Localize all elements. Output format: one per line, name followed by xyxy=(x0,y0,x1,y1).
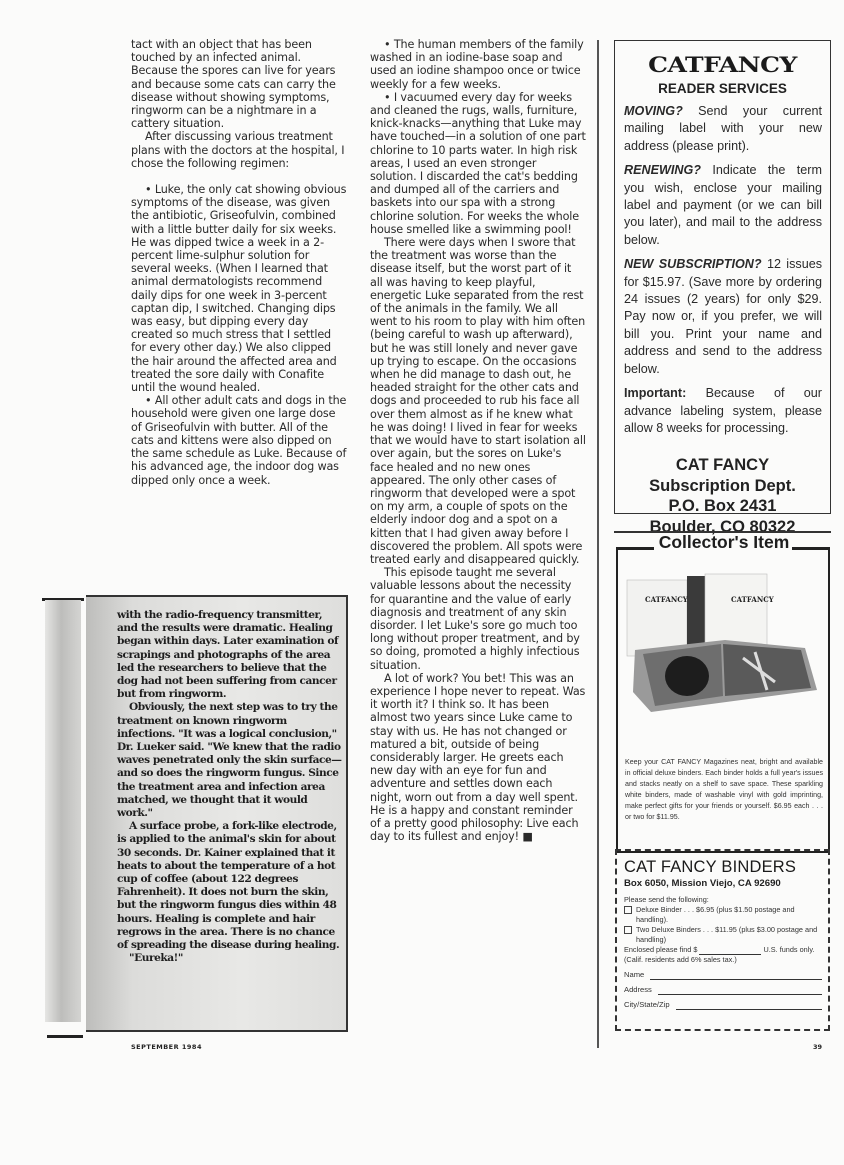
option-two-deluxe-binders[interactable]: Two Deluxe Binders . . . $11.95 (plus $3… xyxy=(624,925,822,945)
article-paragraph: • All other adult cats and dogs in the h… xyxy=(131,394,347,486)
sidebar-paragraph: with the radio-frequency transmitter, an… xyxy=(117,609,343,701)
binder-description: Keep your CAT FANCY Magazines neat, brig… xyxy=(625,757,823,823)
option-deluxe-binder[interactable]: Deluxe Binder . . . $6.95 (plus $1.50 po… xyxy=(624,905,822,925)
sidebar-gray-strip xyxy=(45,600,81,1022)
sidebar-paragraph: "Eureka!" xyxy=(117,952,343,965)
moving-section: MOVING? Send your current mailing label … xyxy=(624,103,822,155)
binder-order-coupon: CAT FANCY BINDERS Box 6050, Mission Viej… xyxy=(615,849,830,1031)
new-subscription-section: NEW SUBSCRIPTION? 12 issues for $15.97. … xyxy=(624,256,822,378)
column-divider xyxy=(597,40,599,1048)
coupon-address: Box 6050, Mission Viejo, CA 92690 xyxy=(624,878,828,889)
article-paragraph: After discussing various treatment plans… xyxy=(131,130,347,170)
coupon-intro: Please send the following: xyxy=(624,895,822,905)
enclosed-amount-line: Enclosed please find $ U.S. funds only. … xyxy=(624,945,822,965)
article-paragraph: This episode taught me several valuable … xyxy=(370,566,586,672)
city-state-zip-field[interactable]: City/State/Zip xyxy=(624,1000,822,1010)
subscription-address: CAT FANCY Subscription Dept. P.O. Box 24… xyxy=(615,455,830,537)
article-paragraph: A lot of work? You bet! This was an expe… xyxy=(370,672,586,844)
reader-services-title: READER SERVICES xyxy=(615,81,830,96)
coupon-title: CAT FANCY BINDERS xyxy=(624,858,828,877)
amount-field[interactable] xyxy=(699,947,761,955)
sidebar-paragraph: A surface probe, a fork-like electrode, … xyxy=(117,820,343,952)
svg-text:CATFANCY: CATFANCY xyxy=(645,595,689,604)
checkbox[interactable] xyxy=(624,926,632,934)
article-paragraph: • Luke, the only cat showing obvious sym… xyxy=(131,183,347,394)
checkbox[interactable] xyxy=(624,906,632,914)
sidebar-text: with the radio-frequency transmitter, an… xyxy=(117,609,343,965)
renewing-section: RENEWING? Indicate the term you wish, en… xyxy=(624,162,822,249)
reader-services-box: CATFANCY READER SERVICES MOVING? Send yo… xyxy=(614,40,831,514)
cat-fancy-logo: CATFANCY xyxy=(615,53,830,77)
binder-photo: CATFANCY CATFANCY xyxy=(625,572,821,722)
issue-date: SEPTEMBER 1984 xyxy=(131,1043,202,1051)
article-paragraph: • The human members of the family washed… xyxy=(370,38,586,91)
sidebar-paragraph: Obviously, the next step was to try the … xyxy=(117,701,343,820)
important-section: Important: Because of our advance labeli… xyxy=(624,385,822,437)
article-column-1: tact with an object that has been touche… xyxy=(131,38,347,487)
article-paragraph: • I vacuumed every day for weeks and cle… xyxy=(370,91,586,236)
article-column-2: • The human members of the family washed… xyxy=(370,38,586,843)
address-field[interactable]: Address xyxy=(624,985,822,995)
article-paragraph: tact with an object that has been touche… xyxy=(131,38,347,130)
article-paragraph: There were days when I swore that the tr… xyxy=(370,236,586,566)
name-field[interactable]: Name xyxy=(624,970,822,980)
svg-text:CATFANCY: CATFANCY xyxy=(731,595,775,604)
page-number: 39 xyxy=(813,1043,822,1051)
sidebar-rule-bottom xyxy=(47,1035,83,1038)
